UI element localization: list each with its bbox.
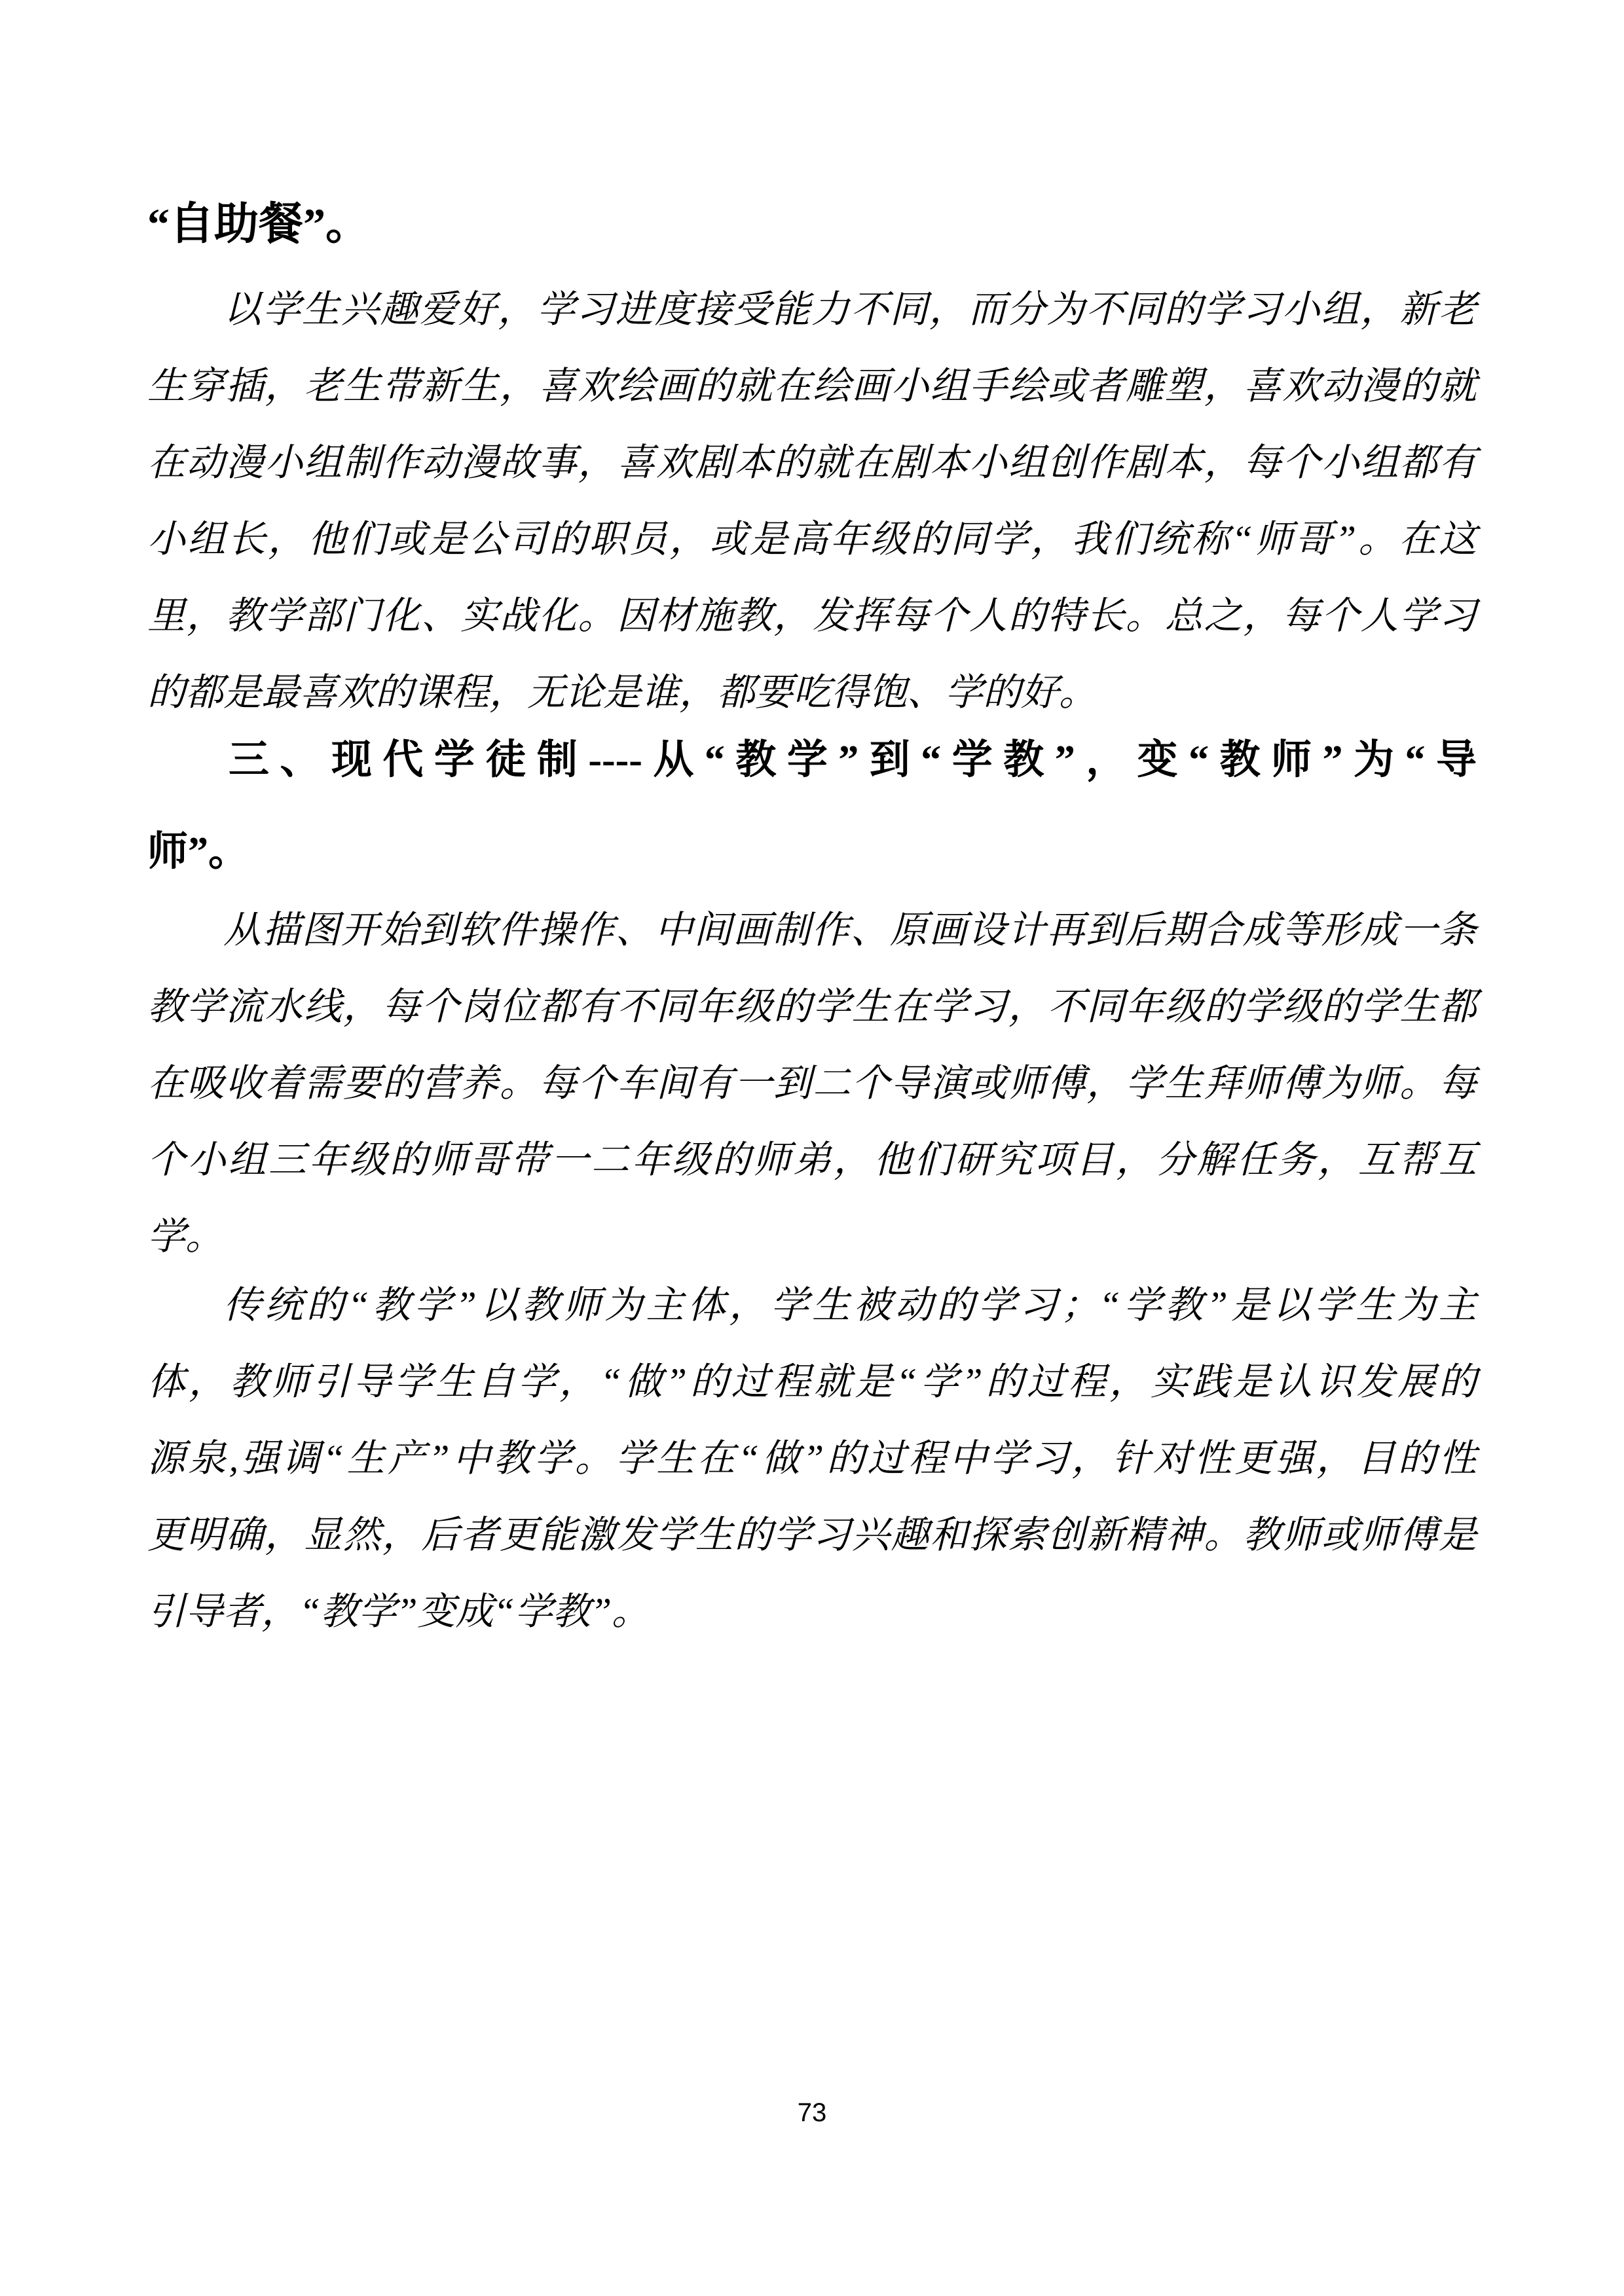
paragraph-1-line-3: 在动漫小组制作动漫故事，喜欢剧本的就在剧本小组创作剧本，每个小组都有 [147,424,1477,501]
paragraph-2-line-4: 个小组三年级的师哥带一二年级的师弟，他们研究项目，分解任务，互帮互 [147,1121,1477,1198]
paragraph-3-line-5: 引导者，“教学”变成“学教”。 [147,1573,1477,1650]
paragraph-2-line-5: 学。 [147,1198,1477,1275]
document-page: “自助餐”。 以学生兴趣爱好，学习进度接受能力不同，而分为不同的学习小组，新老 … [0,0,1624,2296]
paragraph-3: 传统的“教学”以教师为主体，学生被动的学习；“学教”是以学生为主 体，教师引导学… [147,1267,1477,1650]
paragraph-2: 从描图开始到软件操作、中间画制作、原画设计再到后期合成等形成一条 教学流水线，每… [147,892,1477,1275]
paragraph-1-line-2: 生穿插，老生带新生，喜欢绘画的就在绘画小组手绘或者雕塑，喜欢动漫的就 [147,348,1477,424]
paragraph-title-fragment: “自助餐”。 [147,196,1477,251]
paragraph-2-line-2: 教学流水线，每个岗位都有不同年级的学生在学习，不同年级的学级的学生都 [147,968,1477,1045]
paragraph-1-line-1: 以学生兴趣爱好，学习进度接受能力不同，而分为不同的学习小组，新老 [147,271,1477,348]
paragraph-3-line-3: 源泉,强调“生产”中教学。学生在“做”的过程中学习，针对性更强，目的性 [147,1420,1477,1497]
paragraph-2-line-3: 在吸收着需要的营养。每个车间有一到二个导演或师傅，学生拜师傅为师。每 [147,1045,1477,1121]
paragraph-3-line-4: 更明确，显然，后者更能激发学生的学习兴趣和探索创新精神。教师或师傅是 [147,1497,1477,1573]
paragraph-3-line-2: 体，教师引导学生自学，“做”的过程就是“学”的过程，实践是认识发展的 [147,1343,1477,1420]
paragraph-1: 以学生兴趣爱好，学习进度接受能力不同，而分为不同的学习小组，新老 生穿插，老生带… [147,271,1477,731]
paragraph-1-line-4: 小组长，他们或是公司的职员，或是高年级的同学，我们统称“师哥”。在这 [147,501,1477,577]
section-heading-line-1: 三、现代学徒制----从“教学”到“学教”，变“教师”为“导 [147,714,1477,806]
page-number: 73 [773,2097,851,2128]
paragraph-1-line-5: 里，教学部门化、实战化。因材施教，发挥每个人的特长。总之，每个人学习 [147,577,1477,654]
paragraph-2-line-1: 从描图开始到软件操作、中间画制作、原画设计再到后期合成等形成一条 [147,892,1477,968]
section-heading: 三、现代学徒制----从“教学”到“学教”，变“教师”为“导 师”。 [147,714,1477,898]
paragraph-3-line-1: 传统的“教学”以教师为主体，学生被动的学习；“学教”是以学生为主 [147,1267,1477,1343]
section-heading-line-2: 师”。 [147,806,1477,898]
